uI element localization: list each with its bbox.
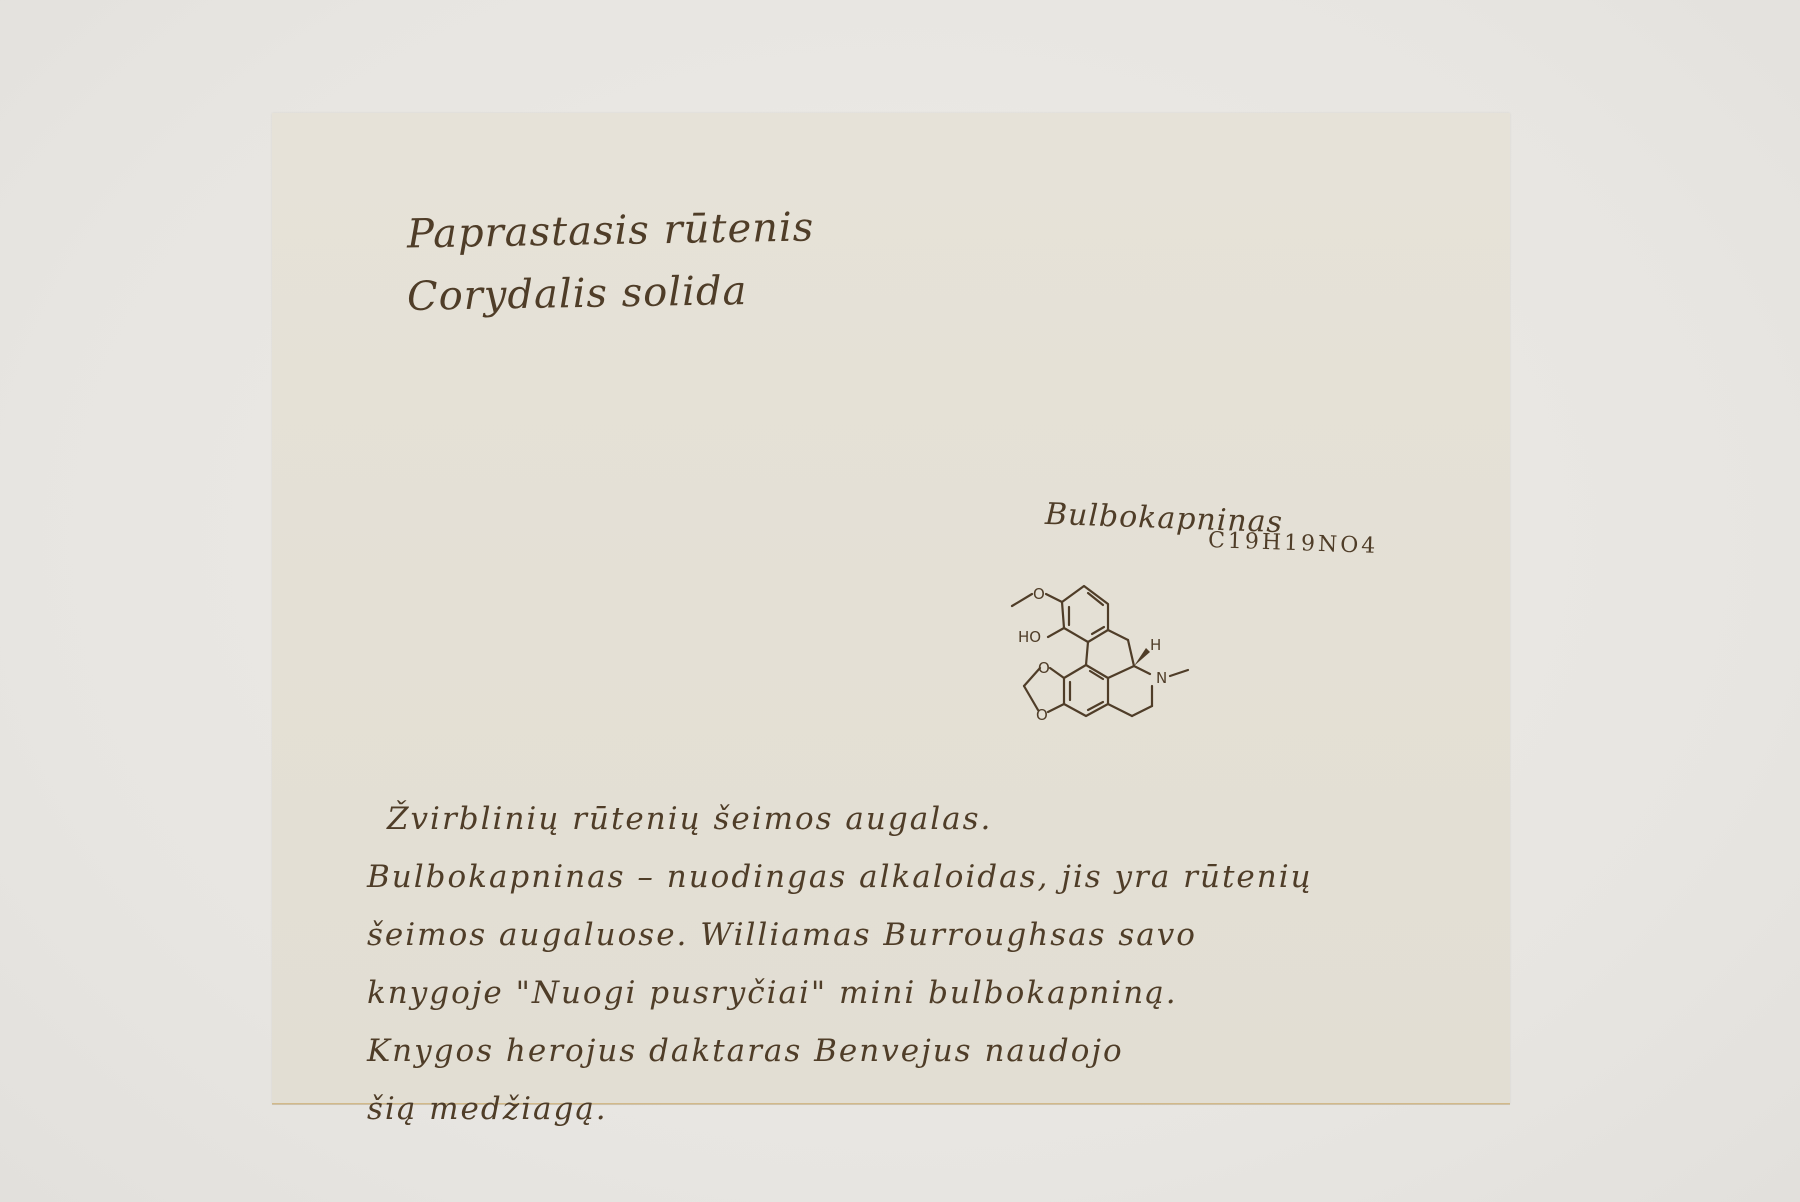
common-name-title: Paprastasis rūtenis <box>407 204 815 257</box>
paragraph-line: Bulbokapninas – nuodingas alkaloidas, ji… <box>367 848 1417 906</box>
compound-formula: C19H19NO4 <box>1208 528 1379 559</box>
paragraph-line: šią medžiagą. <box>367 1080 1417 1138</box>
description-paragraph: Žvirblinių rūtenių šeimos augalas. Bulbo… <box>367 790 1417 1138</box>
paragraph-line: Žvirblinių rūtenių šeimos augalas. <box>367 790 1417 848</box>
structure-label-o: O <box>1033 585 1045 603</box>
structure-label-ho: HO <box>1018 628 1041 646</box>
structure-label-h: H <box>1150 636 1161 654</box>
structure-label-o: O <box>1038 659 1050 677</box>
structure-label-o: O <box>1036 706 1048 724</box>
structure-label-n: N <box>1156 669 1167 687</box>
paragraph-line: knygoje "Nuogi pusryčiai" mini bulbokapn… <box>367 964 1417 1022</box>
paragraph-line: šeimos augaluose. Williamas Burroughsas … <box>367 906 1417 964</box>
paragraph-line: Knygos herojus daktaras Benvejus naudojo <box>367 1022 1417 1080</box>
latin-name-title: Corydalis solida <box>407 268 748 320</box>
chemical-structure-diagram: O HO O O H N <box>1000 570 1220 730</box>
paper-sheet: Paprastasis rūtenis Corydalis solida Bul… <box>272 113 1510 1104</box>
